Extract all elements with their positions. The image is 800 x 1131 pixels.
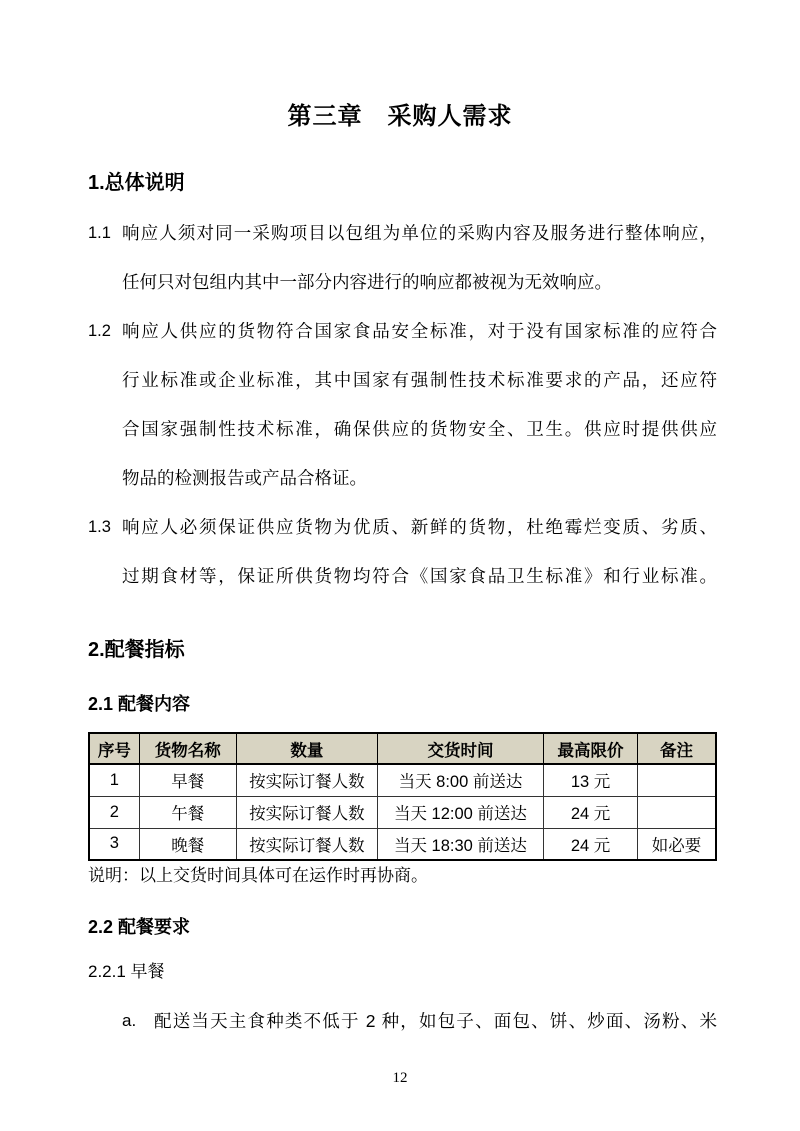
- meal-table-header: 序号 货物名称 数量 交货时间 最高限价 备注: [89, 733, 716, 764]
- table-cell: 2: [89, 796, 139, 828]
- meal-table-body: 1 早餐 按实际订餐人数 当天 8:00 前送达 13 元 2 午餐 按实际订餐…: [89, 764, 716, 860]
- document-content: 1.总体说明 1.1 响应人须对同一采购项目以包组为单位的采购内容及服务进行整体…: [0, 170, 800, 1033]
- section-2-2-heading: 2.2 配餐要求: [88, 915, 717, 939]
- table-cell: 24 元: [544, 828, 638, 860]
- meal-table: 序号 货物名称 数量 交货时间 最高限价 备注 1 早餐 按实际订餐人数 当天 …: [88, 732, 717, 861]
- table-cell: 按实际订餐人数: [236, 828, 377, 860]
- clause-1-2-number: 1.2: [88, 307, 111, 356]
- document-page: 第三章 采购人需求 1.总体说明 1.1 响应人须对同一采购项目以包组为单位的采…: [0, 0, 800, 1131]
- section-2-heading: 2.配餐指标: [88, 637, 717, 664]
- page-number: 12: [0, 1069, 800, 1087]
- header-cell-max-price: 最高限价: [544, 733, 638, 764]
- table-cell: 3: [89, 828, 139, 860]
- table-cell: 24 元: [544, 796, 638, 828]
- table-cell: 当天 18:30 前送达: [377, 828, 543, 860]
- table-cell: 当天 12:00 前送达: [377, 796, 543, 828]
- clause-1-1: 1.1 响应人须对同一采购项目以包组为单位的采购内容及服务进行整体响应， 任何只…: [88, 209, 717, 307]
- section-2-2-1-heading: 2.2.1 早餐: [88, 961, 717, 983]
- clause-1-2-line-1: 响应人供应的货物符合国家食品安全标准，对于没有国家标准的应符合: [122, 307, 717, 356]
- header-cell-delivery-time: 交货时间: [377, 733, 543, 764]
- section-1-heading: 1.总体说明: [88, 170, 717, 197]
- header-cell-goods-name: 货物名称: [139, 733, 236, 764]
- table-cell: 当天 8:00 前送达: [377, 764, 543, 796]
- clause-1-2: 1.2 响应人供应的货物符合国家食品安全标准，对于没有国家标准的应符合 行业标准…: [88, 307, 717, 503]
- page-title: 第三章 采购人需求: [0, 0, 800, 134]
- clause-1-1-line-1: 响应人须对同一采购项目以包组为单位的采购内容及服务进行整体响应，: [122, 209, 717, 258]
- header-cell-index: 序号: [89, 733, 139, 764]
- table-cell: 13 元: [544, 764, 638, 796]
- table-cell: 1: [89, 764, 139, 796]
- clause-1-3-number: 1.3: [88, 503, 111, 552]
- list-item-a-marker: a.: [122, 1009, 136, 1033]
- clause-1-1-line-2: 任何只对包组内其中一部分内容进行的响应都被视为无效响应。: [122, 258, 717, 307]
- table-note: 说明：以上交货时间具体可在运作时再协商。: [88, 865, 717, 887]
- section-2-1-heading: 2.1 配餐内容: [88, 692, 717, 716]
- table-cell: 早餐: [139, 764, 236, 796]
- clause-1-3-line-1: 响应人必须保证供应货物为优质、新鲜的货物，杜绝霉烂变质、劣质、: [122, 503, 717, 552]
- table-cell: 按实际订餐人数: [236, 796, 377, 828]
- table-row-breakfast: 1 早餐 按实际订餐人数 当天 8:00 前送达 13 元: [89, 764, 716, 796]
- header-cell-remark: 备注: [638, 733, 716, 764]
- table-row-lunch: 2 午餐 按实际订餐人数 当天 12:00 前送达 24 元: [89, 796, 716, 828]
- list-item-a-text: 配送当天主食种类不低于 2 种，如包子、面包、饼、炒面、汤粉、米: [154, 1009, 717, 1033]
- header-cell-quantity: 数量: [236, 733, 377, 764]
- table-cell: 午餐: [139, 796, 236, 828]
- table-row-dinner: 3 晚餐 按实际订餐人数 当天 18:30 前送达 24 元 如必要: [89, 828, 716, 860]
- clause-1-1-number: 1.1: [88, 209, 111, 258]
- clause-1-2-line-2: 行业标准或企业标准，其中国家有强制性技术标准要求的产品，还应符: [122, 356, 717, 405]
- clause-1-3-line-2: 过期食材等，保证所供货物均符合《国家食品卫生标准》和行业标准。: [122, 552, 717, 601]
- clause-1-2-line-3: 合国家强制性技术标准，确保供应的货物安全、卫生。供应时提供供应: [122, 405, 717, 454]
- table-cell: 晚餐: [139, 828, 236, 860]
- clause-1-2-line-4: 物品的检测报告或产品合格证。: [122, 454, 717, 503]
- table-header-row: 序号 货物名称 数量 交货时间 最高限价 备注: [89, 733, 716, 764]
- table-cell: 如必要: [638, 828, 716, 860]
- table-cell: [638, 796, 716, 828]
- table-cell: [638, 764, 716, 796]
- list-item-a: a. 配送当天主食种类不低于 2 种，如包子、面包、饼、炒面、汤粉、米: [88, 1009, 717, 1033]
- table-cell: 按实际订餐人数: [236, 764, 377, 796]
- clause-1-3: 1.3 响应人必须保证供应货物为优质、新鲜的货物，杜绝霉烂变质、劣质、 过期食材…: [88, 503, 717, 601]
